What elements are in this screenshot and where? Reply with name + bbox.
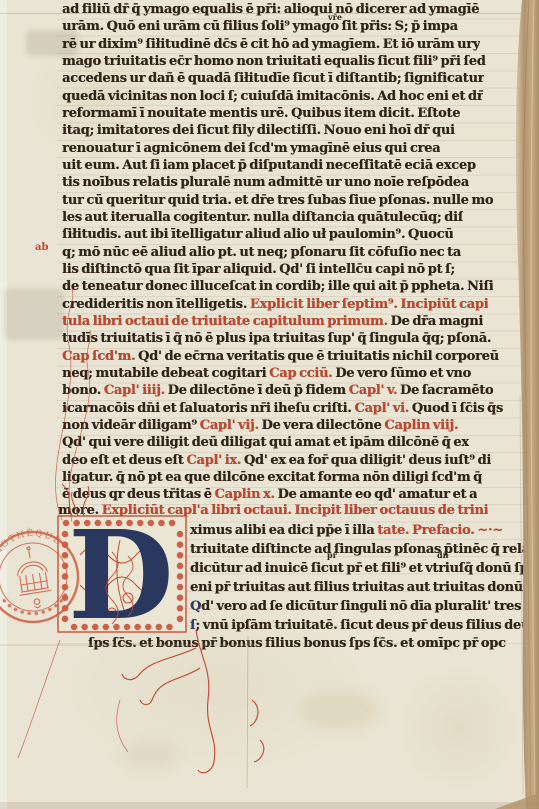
illuminated-initial-d: D — [18, 288, 264, 773]
manuscript-page: ad filiū dr̄ q̄ ymago equalis ē pr̄i: al… — [0, 0, 539, 809]
interlinear-gloss: dn̄ — [437, 551, 448, 559]
initial-letter: D — [68, 503, 174, 647]
bottom-edge-shadow — [0, 802, 539, 809]
decoration-layer: D — [0, 0, 539, 809]
gutter-page-edge — [516, 0, 539, 809]
interlinear-gloss: pr̄ — [327, 551, 337, 559]
stamp-building-emblem — [12, 544, 53, 610]
interlinear-gloss: vr̄e — [328, 13, 342, 21]
marginal-note-ab: ab — [35, 243, 48, 253]
